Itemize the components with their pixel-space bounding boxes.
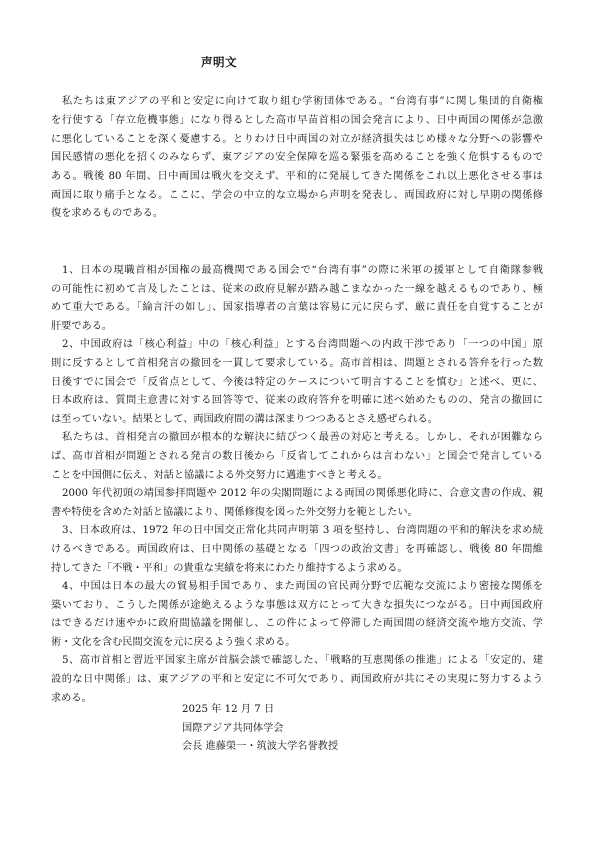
text-line: 私たちは、首相発言の撤回が根本的な解決に結びつく最善の対応と考える。しかし、それ… [62, 431, 543, 445]
text-line: 両国に取り痛手となる。ここに、学会の中立的な立場から声明を発表し、両国政府に対し… [51, 189, 543, 203]
text-line: 日後すでに国会で「反省点として、今後は特定のケースについて明言することを慎む」と… [51, 376, 543, 390]
text-line: はできるだけ速やかに政府間協議を開催し、この件によって停滞した両国間の経済交流や… [51, 617, 543, 631]
text-line: 私たちは東アジアの平和と安定に向けて取り組む学術団体である。“台湾有事”に関し集… [62, 95, 543, 109]
text-line: 2000 年代初頭の靖国参拝問題や 2012 年の尖閣問題による両国の関係悪化時… [62, 487, 543, 501]
text-line: 5、高市首相と習近平国家主席が首脳会談で確認した、「戦略的互恵関係の推進」による… [62, 654, 543, 668]
text-line: けるべきである。両国政府は、日中関係の基礎となる「四つの政治文書」を再確認し、戦… [51, 543, 543, 557]
text-line: 1、日本の現職首相が国権の最高機関である国会で“台湾有事”の際に米軍の援軍として… [62, 264, 543, 278]
text-line: 術・文化を含む民間交流を元に戻るよう強く求める。 [51, 636, 543, 650]
text-line: を行使する「存立危機事態」になり得るとした高市早苗首相の国会発言により、日中両国… [51, 114, 543, 128]
chairman-name: 会長 進藤榮一・筑波大学名誉教授 [182, 740, 338, 754]
document-title: 声明文 [201, 54, 237, 70]
text-line: 3、日本政府は、1972 年の日中国交正常化共同声明第 3 項を堅持し、台湾問題… [62, 524, 543, 538]
text-line: 国民感情の悪化を招くのみならず、東アジアの安全保障を巡る緊張を高めることを強く危… [51, 151, 543, 165]
text-line: 日本政府は、質問主意書に対する回答等で、従来の政府答弁を明確に述べ始めたものの、… [51, 394, 543, 408]
text-line: 築いており、こうした関係が途絶えるような事態は双方にとって大きな損失につながる。… [51, 599, 543, 613]
text-line: は至っていない。結果として、両国政府間の溝は深まりつつあるとさえ感ぜられる。 [51, 413, 543, 427]
text-line: ある。戦後 80 年間、日中両国は戦火を交えず、平和的に発展してきた関係をこれ以… [51, 170, 543, 184]
organization-name: 国際アジア共同体学会 [182, 722, 283, 736]
text-line: 設的な日中関係」は、東アジアの平和と安定に不可欠であり、両国政府が共にその実現に… [51, 673, 543, 687]
text-line: めて重大である。「綸言汗の如し」、国家指導者の言葉は容易に元に戻らず、厳に責任を… [51, 301, 543, 315]
statement-date: 2025 年 12 月 7 日 [182, 703, 274, 717]
text-line: 求める。 [51, 692, 543, 706]
text-line: 4、中国は日本の最大の貿易相手国であり、また両国の官民両分野で広範な交流により密… [62, 580, 543, 594]
text-line: 復を求めるものである。 [51, 207, 543, 221]
text-line: 持してきた「不戦・平和」の貴重な実績を将来にわたり維持するよう求める。 [51, 562, 543, 576]
text-line: ば、高市首相が問題とされる発言の数日後から「反省してこれからは言わない」と国会で… [51, 450, 543, 464]
text-line: 2、中国政府は「核心利益」中の「核心利益」とする台湾問題への内政干渉であり「一つ… [62, 338, 543, 352]
text-line: に悪化していることを深く憂慮する。とりわけ日中両国の対立が経済損失はじめ様々な分… [51, 133, 543, 147]
document-page: 声明文 私たちは東アジアの平和と安定に向けて取り組む学術団体である。“台湾有事”… [0, 0, 595, 842]
text-line: ことを中国側に伝え、対話と協議による外交努力に邁進すべきと考える。 [51, 469, 543, 483]
text-line: の可能性に初めて言及したことは、従来の政府見解が踏み越こまなかった一線を越えるも… [51, 283, 543, 297]
text-line: 肝要である。 [51, 320, 543, 334]
text-line: 書や特使を含めた対話と協議により、関係修復を図った外交努力を範としたい。 [51, 506, 543, 520]
text-line: 則に反するとして首相発言の撤回を一貫して要求している。高市首相は、問題とされる答… [51, 357, 543, 371]
